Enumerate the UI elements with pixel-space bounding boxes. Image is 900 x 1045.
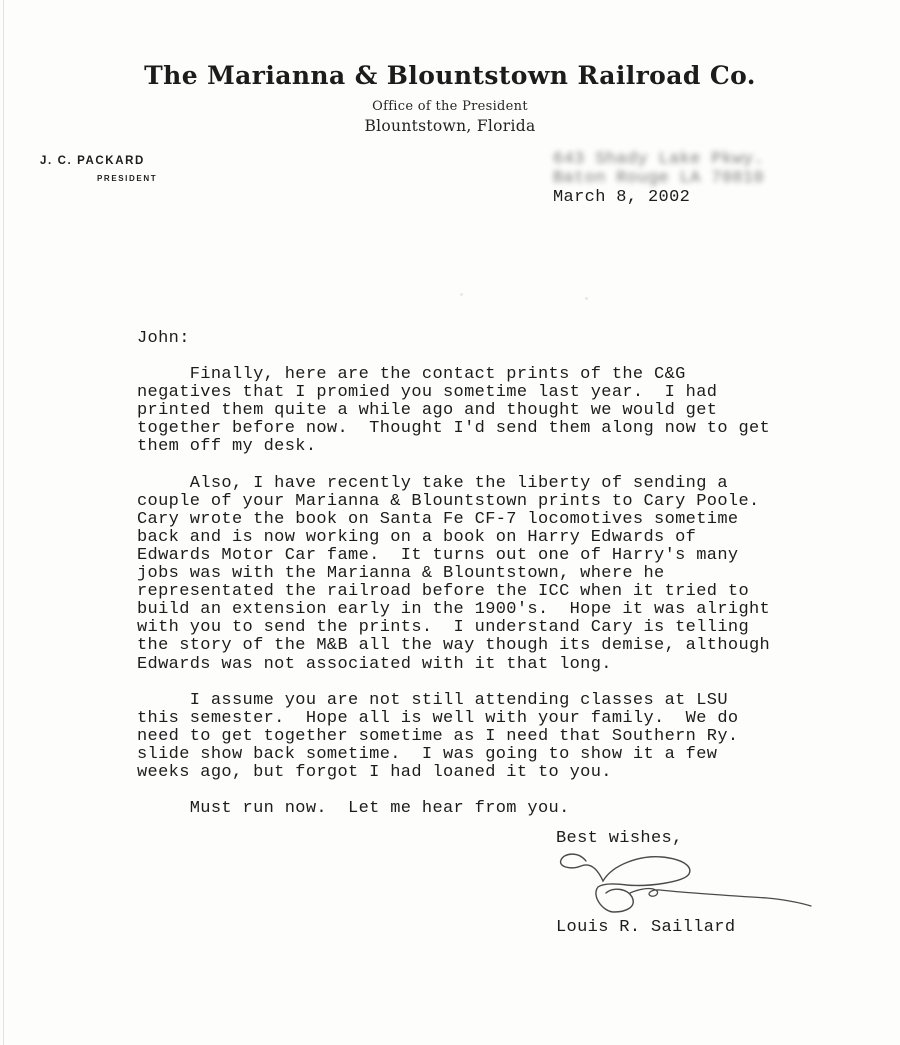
company-name: The Marianna & Blountstown Railroad Co. (0, 61, 900, 90)
redacted-address-line-2: Baton Rouge LA 70810 (553, 169, 764, 188)
letter-body: Finally, here are the contact prints of … (137, 366, 770, 818)
location-line: Blountstown, Florida (0, 117, 900, 135)
officer-title: PRESIDENT (97, 174, 157, 183)
salutation: John: (137, 330, 190, 348)
scan-speck (585, 297, 588, 300)
recipient-date-block: 643 Shady Lake Pkwy. Baton Rouge LA 7081… (553, 150, 764, 208)
scan-edge-line (3, 0, 4, 1045)
scan-speck (460, 293, 463, 296)
letter-date: March 8, 2002 (553, 188, 764, 207)
redacted-address-line-1: 643 Shady Lake Pkwy. (553, 150, 764, 169)
signature-name: Louis R. Saillard (556, 919, 735, 937)
officer-name: J. C. PACKARD (40, 155, 145, 167)
signature-scrawl (545, 846, 845, 921)
letter-page: The Marianna & Blountstown Railroad Co. … (0, 0, 900, 1045)
office-line: Office of the President (0, 99, 900, 114)
